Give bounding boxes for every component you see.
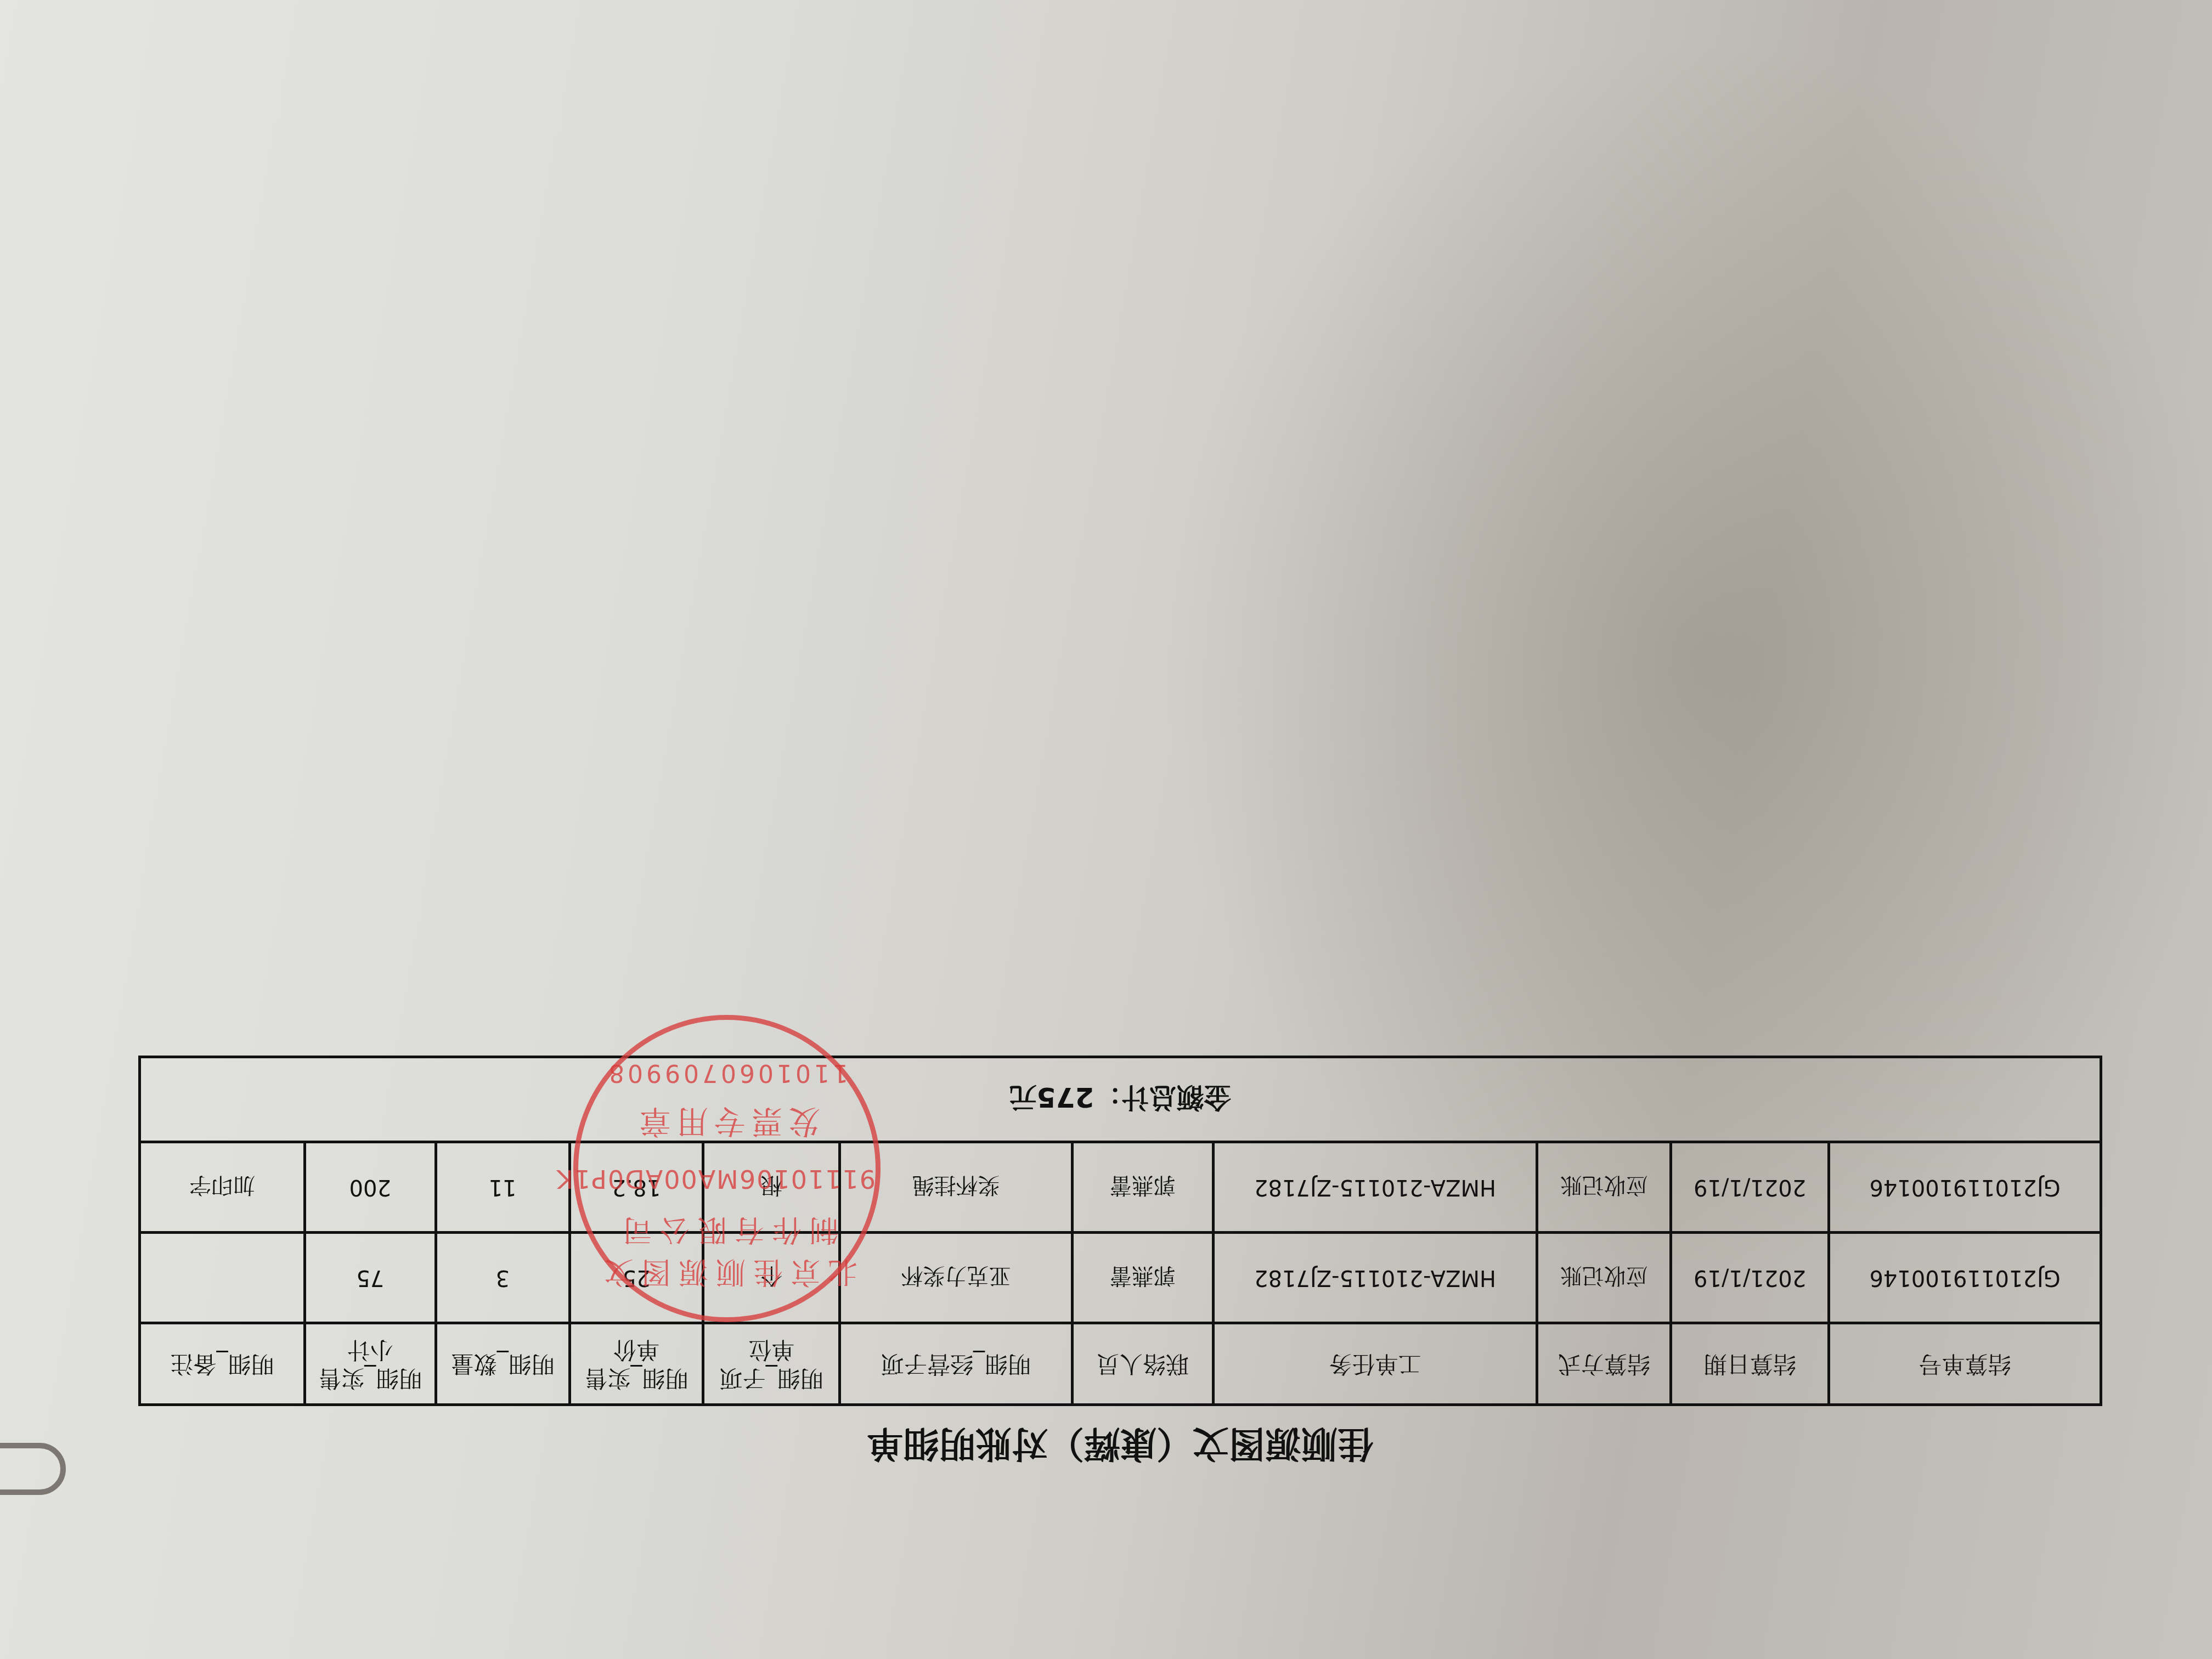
- column-header: 明细_实售单价: [569, 1323, 703, 1405]
- cell-method: 应收记账: [1537, 1142, 1671, 1233]
- column-header: 明细_经营子项: [840, 1323, 1073, 1405]
- column-header: 结算方式: [1537, 1323, 1671, 1405]
- column-header: 结算单号: [1829, 1323, 2101, 1405]
- column-header: 联络人员: [1072, 1323, 1213, 1405]
- cell-remark: 加印字: [140, 1142, 305, 1233]
- cell-subtotal: 75: [304, 1233, 436, 1323]
- statement-table: 结算单号 结算日期 结算方式 工单任务 联络人员 明细_经营子项 明细_子项单位…: [138, 1056, 2102, 1406]
- column-header: 明细_子项单位: [703, 1323, 840, 1405]
- table-header-row: 结算单号 结算日期 结算方式 工单任务 联络人员 明细_经营子项 明细_子项单位…: [140, 1323, 2101, 1405]
- cell-contact: 郭燕蕾: [1072, 1233, 1213, 1323]
- cell-date: 2021/1/19: [1671, 1233, 1829, 1323]
- table-row: GJ210119100146 2021/1/19 应收记账 HMZA-21011…: [140, 1233, 2101, 1323]
- column-header: 工单任务: [1213, 1323, 1537, 1405]
- statement-document: 佳顺源图文（康辉）对账明细单 结算单号 结算日期 结算方式 工单任务 联络人员 …: [138, 1065, 2102, 1482]
- paper-clip: [0, 1443, 66, 1495]
- company-seal-stamp: 北京佳顺源图文制作有限公司 91110106MA00AD0P1K 发票专用章 1…: [573, 1015, 881, 1322]
- cell-settlement-no: GJ210119100146: [1829, 1233, 2101, 1323]
- stamp-label: 发票专用章: [578, 1101, 876, 1147]
- column-header: 明细_数量: [436, 1323, 569, 1405]
- stamp-number: 1101060709908: [578, 1059, 876, 1087]
- cell-subtotal: 200: [304, 1142, 436, 1233]
- column-header: 结算日期: [1671, 1323, 1829, 1405]
- cell-settlement-no: GJ210119100146: [1829, 1142, 2101, 1233]
- column-header: 明细_备注: [140, 1323, 305, 1405]
- total-row: 金额总计：275元: [140, 1057, 2101, 1142]
- stamp-company-name: 北京佳顺源图文制作有限公司: [578, 1211, 876, 1295]
- cell-quantity: 3: [436, 1233, 569, 1323]
- cell-method: 应收记账: [1537, 1233, 1671, 1323]
- stamp-tax-id: 91110106MA00AD0P1K: [578, 1164, 876, 1194]
- document-title: 佳顺源图文（康辉）对账明细单: [138, 1405, 2102, 1482]
- cell-work-order: HMZA-210115-ZJ7182: [1213, 1142, 1537, 1233]
- cell-contact: 郭燕蕾: [1072, 1142, 1213, 1233]
- cell-date: 2021/1/19: [1671, 1142, 1829, 1233]
- table-row: GJ210119100146 2021/1/19 应收记账 HMZA-21011…: [140, 1142, 2101, 1233]
- cell-remark: [140, 1233, 305, 1323]
- cell-work-order: HMZA-210115-ZJ7182: [1213, 1233, 1537, 1323]
- total-amount: 金额总计：275元: [140, 1057, 2101, 1142]
- cell-quantity: 11: [436, 1142, 569, 1233]
- column-header: 明细_实售小计: [304, 1323, 436, 1405]
